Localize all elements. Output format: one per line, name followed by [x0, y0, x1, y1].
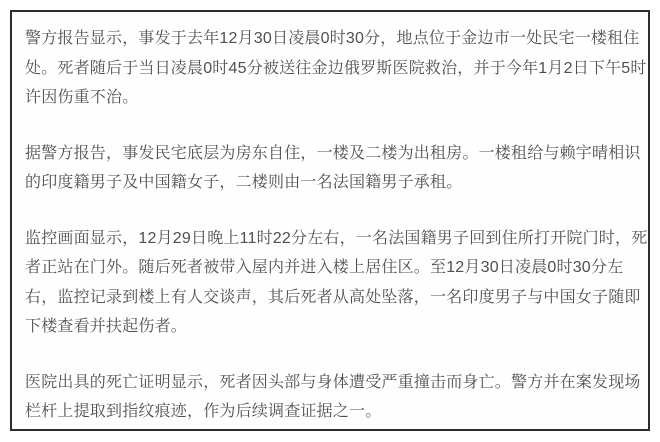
paragraph-line: 栏杆上提取到指纹痕迹，作为后续调查证据之一。 — [25, 397, 635, 427]
paragraph-surveillance-footage: 监控画面显示，12月29日晚上11时22分左右，一名法国籍男子回到住所打开院门时… — [25, 224, 635, 342]
paragraph-house-tenants: 据警方报告，事发民宅底层为房东自住，一楼及二楼为出租房。一楼租给与赖宇晴相识 的… — [25, 139, 635, 198]
article-frame: 警方报告显示，事发于去年12月30日凌晨0时30分，地点位于金边市一处民宅一楼租… — [10, 10, 650, 431]
paragraph-line: 监控画面显示，12月29日晚上11时22分左右，一名法国籍男子回到住所打开院门时… — [25, 224, 635, 254]
paragraph-line: 的印度籍男子及中国籍女子，二楼则由一名法国籍男子承租。 — [25, 168, 635, 198]
paragraph-line: 据警方报告，事发民宅底层为房东自住，一楼及二楼为出租房。一楼租给与赖宇晴相识 — [25, 139, 635, 169]
paragraph-death-certificate: 医院出具的死亡证明显示，死者因头部与身体遭受严重撞击而身亡。警方并在案发现场 栏… — [25, 368, 635, 427]
paragraph-line: 许因伤重不治。 — [25, 83, 635, 113]
paragraph-line: 处。死者随后于当日凌晨0时45分被送往金边俄罗斯医院救治，并于今年1月2日下午5… — [25, 54, 635, 84]
paragraph-incident-report: 警方报告显示，事发于去年12月30日凌晨0时30分，地点位于金边市一处民宅一楼租… — [25, 24, 635, 113]
paragraph-line: 者正站在门外。随后死者被带入屋内并进入楼上居住区。至12月30日凌晨0时30分左 — [25, 253, 635, 283]
paragraph-line: 右，监控记录到楼上有人交谈声，其后死者从高处坠落，一名印度男子与中国女子随即 — [25, 283, 635, 313]
paragraph-line: 警方报告显示，事发于去年12月30日凌晨0时30分，地点位于金边市一处民宅一楼租… — [25, 24, 635, 54]
paragraph-line: 医院出具的死亡证明显示，死者因头部与身体遭受严重撞击而身亡。警方并在案发现场 — [25, 368, 635, 398]
paragraph-line: 下楼查看并扶起伤者。 — [25, 312, 635, 342]
